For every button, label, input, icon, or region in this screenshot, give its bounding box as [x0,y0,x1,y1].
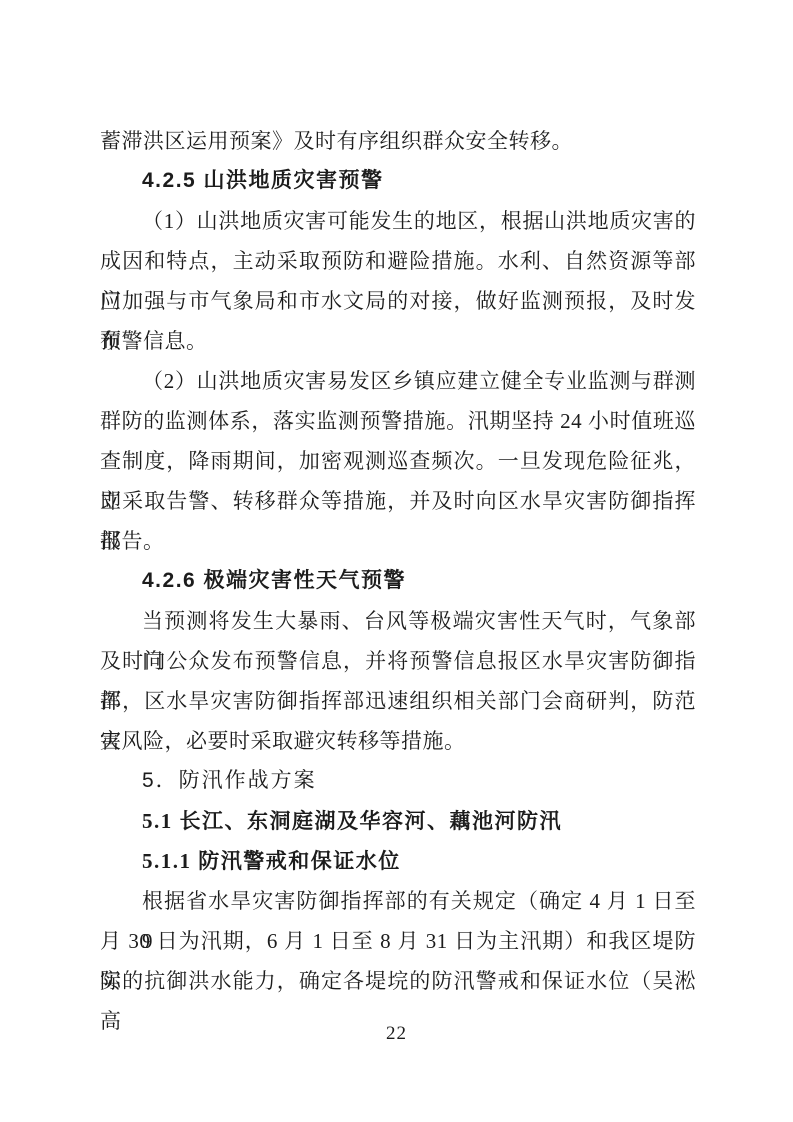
text-line: 部，区水旱灾害防御指挥部迅速组织相关部门会商研判，防范灾 [100,681,696,721]
text-line: 成因和特点，主动采取预防和避险措施。水利、自然资源等部门 [100,241,696,281]
text-line: 应加强与市气象局和市水文局的对接，做好监测预报，及时发布 [100,281,696,321]
heading-line: 4.2.5 山洪地质灾害预警 [100,161,696,201]
text-line: 群防的监测体系，落实监测预警措施。汛期坚持 24 小时值班巡 [100,401,696,441]
text-line: 蓄滞洪区运用预案》及时有序组织群众安全转移。 [100,121,696,161]
text-line: 查制度，降雨期间，加密观测巡查频次。一旦发现危险征兆，立 [100,441,696,481]
text-line: 报告。 [100,521,696,561]
text-line: 预警信息。 [100,321,696,361]
heading-line: 5．防汛作战方案 [100,761,696,801]
page-content: 蓄滞洪区运用预案》及时有序组织群众安全转移。4.2.5 山洪地质灾害预警（1）山… [100,121,696,1001]
text-line: 害风险，必要时采取避灾转移等措施。 [100,721,696,761]
text-line: （1）山洪地质灾害可能发生的地区，根据山洪地质灾害的 [100,201,696,241]
text-line: 际的抗御洪水能力，确定各堤垸的防汛警戒和保证水位（吴淞高 [100,961,696,1001]
text-line: 根据省水旱灾害防御指挥部的有关规定（确定 4 月 1 日至 9 [100,881,696,921]
text-line: 当预测将发生大暴雨、台风等极端灾害性天气时，气象部门 [100,601,696,641]
heading-line: 5.1.1 防汛警戒和保证水位 [100,841,696,881]
text-line: （2）山洪地质灾害易发区乡镇应建立健全专业监测与群测 [100,361,696,401]
text-line: 及时向公众发布预警信息，并将预警信息报区水旱灾害防御指挥 [100,641,696,681]
document-page: 蓄滞洪区运用预案》及时有序组织群众安全转移。4.2.5 山洪地质灾害预警（1）山… [0,0,793,1122]
heading-line: 5.1 长江、东洞庭湖及华容河、藕池河防汛 [100,801,696,841]
page-number: 22 [0,1020,793,1048]
text-line: 即采取告警、转移群众等措施，并及时向区水旱灾害防御指挥部 [100,481,696,521]
heading-line: 4.2.6 极端灾害性天气预警 [100,561,696,601]
text-line: 月 30 日为汛期，6 月 1 日至 8 月 31 日为主汛期）和我区堤防实 [100,921,696,961]
